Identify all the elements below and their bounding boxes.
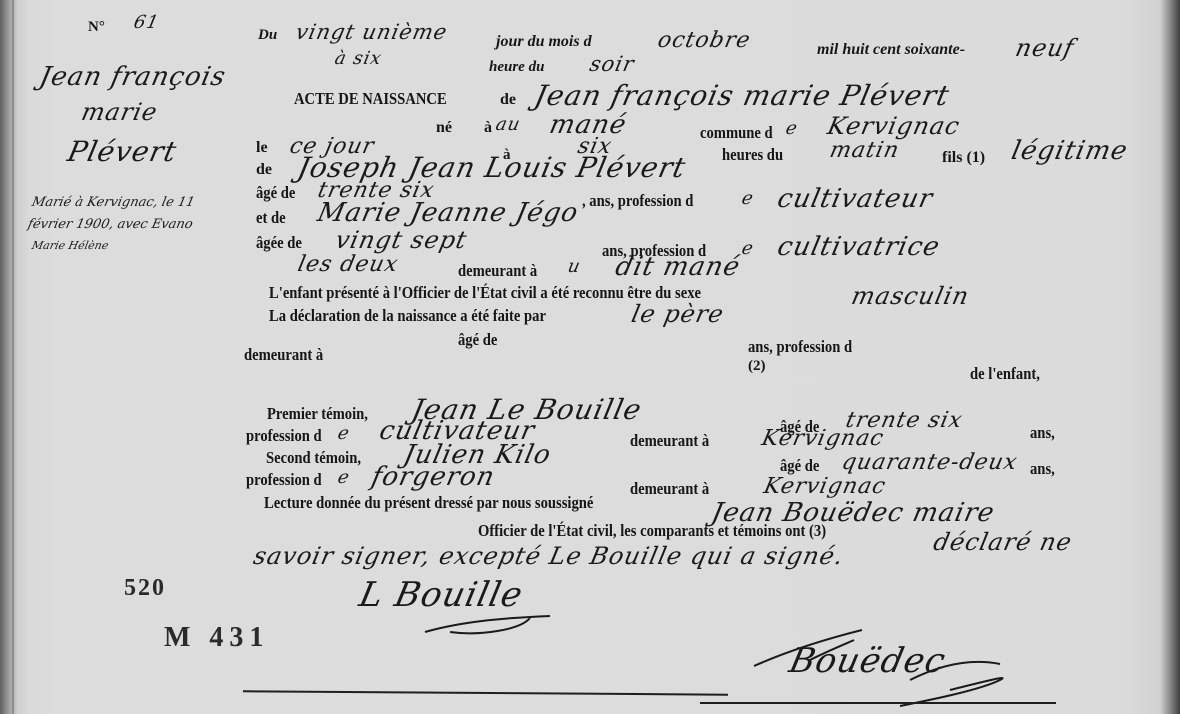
declarant-profession-label: ans, profession d: [748, 338, 852, 355]
heures-label: heures du: [722, 146, 783, 163]
margin-name-line1: Jean françois: [37, 64, 228, 90]
hour-text: à six: [333, 50, 383, 68]
mother-age: vingt sept: [333, 228, 469, 252]
commune: Kervignac: [825, 114, 962, 138]
closing-line2: savoir signer, excepté Le Bouille qui a …: [251, 544, 846, 568]
father-age-label: âgé de: [256, 184, 295, 201]
reference-stamp: M 431: [164, 624, 269, 652]
second-witness-residence-label: demeurant à: [630, 480, 709, 497]
mother-profession: cultivatrice: [775, 234, 942, 260]
commune-label: commune d: [700, 124, 773, 141]
binding-gutter: [12, 0, 14, 714]
mayor-signature-flourish: [750, 620, 1020, 710]
ne-label: né: [436, 120, 452, 136]
second-witness-profession: forgeron: [369, 464, 497, 490]
act-title: ACTE DE NAISSANCE: [294, 90, 447, 107]
witness-signature-flourish: [420, 610, 570, 640]
first-witness-profession-label: profession d: [246, 427, 322, 444]
act-de: de: [500, 92, 516, 108]
witness-signature: L Bouille: [356, 578, 526, 612]
ne-a-suffix: au: [494, 116, 522, 134]
father-profession-label: , ans, profession d: [582, 192, 693, 209]
first-witness-residence-label: demeurant à: [630, 432, 709, 449]
heure-label: heure du: [489, 60, 544, 75]
margin-name-line3: Plévert: [65, 138, 179, 166]
de-l-enfant: de l'enfant,: [970, 365, 1040, 382]
declarant-residence-label: demeurant à: [244, 346, 323, 363]
scanned-register-page: N° 61 Jean françois marie Plévert Marié …: [0, 0, 1180, 714]
du-label: Du: [258, 28, 277, 43]
year-label: mil huit cent soixante-: [817, 42, 965, 58]
second-witness-ans: ans,: [1030, 460, 1055, 477]
fils-label: fils (1): [942, 150, 985, 166]
father-profession: cultivateur: [775, 186, 935, 212]
declarant: le père: [629, 302, 726, 326]
jour-label: jour du mois d: [496, 34, 592, 50]
le-label: le: [256, 140, 268, 156]
commune-suffix: e: [784, 120, 799, 138]
presentation-text: L'enfant présenté à l'Officier de l'État…: [269, 284, 701, 301]
declarant-age-label: âgé de: [458, 331, 497, 348]
folio-stamp: 520: [124, 576, 166, 600]
margin-note-line2: février 1900, avec Evano: [27, 218, 194, 231]
residence-place: dit mané: [613, 254, 742, 280]
margin-note-line1: Marié à Kervignac, le 11: [31, 196, 196, 209]
second-witness-label: Second témoin,: [266, 449, 361, 466]
mother-age-label: âgée de: [256, 234, 302, 251]
second-witness-age-label: âgé de: [780, 457, 819, 474]
record-number: 61: [132, 14, 161, 32]
declared-text: déclaré ne: [931, 530, 1074, 554]
mother-name: Marie Jeanne Jégo: [315, 200, 581, 226]
lecture-text: Lecture donnée du présent dressé par nou…: [264, 494, 593, 511]
officier-text: Officier de l'État civil, les comparants…: [478, 522, 826, 539]
second-witness-age: quarante-deux: [840, 452, 1020, 474]
record-number-label: N°: [88, 20, 105, 35]
bottom-rule-left: [243, 690, 728, 695]
year-suffix: neuf: [1013, 36, 1076, 60]
residence-label: demeurant à: [458, 262, 537, 279]
mother-et-de-label: et de: [256, 209, 286, 226]
first-witness-label: Premier témoin,: [267, 405, 368, 422]
heure-period: soir: [588, 54, 637, 75]
margin-note-line3: Marie Hélène: [31, 240, 110, 251]
footnote-2: (2): [748, 359, 766, 374]
father-de-label: de: [256, 162, 272, 178]
bottom-rule-right: [700, 702, 1056, 704]
month: octobre: [656, 30, 753, 52]
child-name: Jean françois marie Plévert: [532, 82, 952, 110]
residence-who: les deux: [296, 254, 401, 276]
child-sex: masculin: [849, 284, 971, 308]
second-witness-profession-label: profession d: [246, 471, 322, 488]
residence-a-suffix: u: [566, 258, 582, 276]
margin-name-line2: marie: [79, 100, 160, 124]
second-witness-residence: Kervignac: [762, 476, 888, 498]
first-witness-profession-prefix: e: [336, 425, 351, 443]
ne-a-label: à: [484, 120, 492, 136]
first-witness-ans: ans,: [1030, 424, 1055, 441]
father-profession-prefix: e: [740, 190, 755, 208]
second-witness-profession-prefix: e: [336, 469, 351, 487]
declaration-text: La déclaration de la naissance a été fai…: [269, 307, 546, 324]
day-text: vingt unième: [294, 22, 450, 43]
first-witness-residence: Kervignac: [760, 428, 886, 450]
birth-period: matin: [828, 140, 902, 162]
legitimacy: légitime: [1009, 138, 1130, 164]
